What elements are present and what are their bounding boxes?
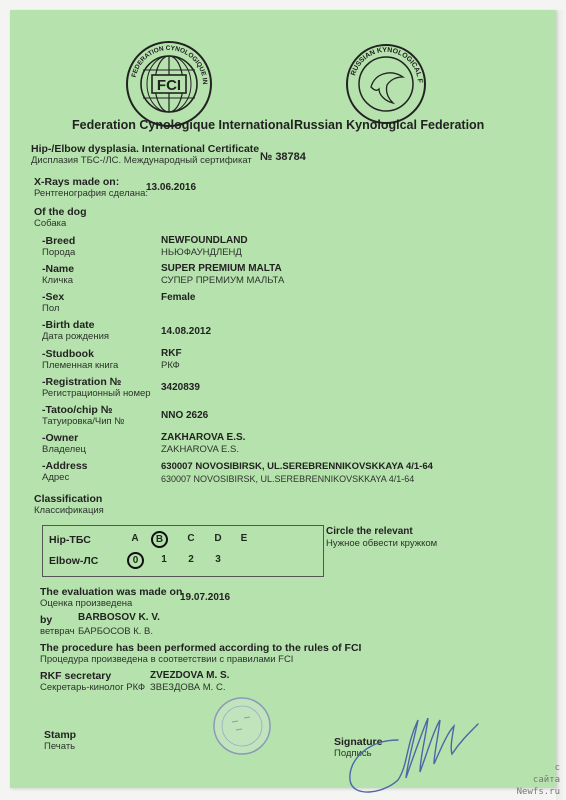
hip-grade-c: C — [183, 531, 199, 547]
field-label-en: -Sex — [42, 291, 64, 303]
certificate-title-ru: Дисплазия ТБС-/ЛС. Международный сертифи… — [31, 155, 252, 167]
watermark-line-1: с — [555, 762, 560, 774]
certificate-title-en: Hip-/Elbow dysplasia. International Cert… — [31, 143, 259, 155]
hip-grade-d: D — [210, 531, 226, 547]
field-label-en: -Birth date — [42, 319, 95, 331]
evaluation-label-ru: Оценка произведена — [40, 598, 132, 610]
field-value-ru: СУПЕР ПРЕМИУМ МАЛЬТА — [161, 275, 284, 287]
field-value-ru: ZAKHAROVA E.S. — [161, 444, 239, 456]
elbow-grade-3: 3 — [210, 552, 226, 568]
field-value-en: 14.08.2012 — [161, 326, 211, 338]
evaluation-label-en: The evaluation was made on — [40, 586, 182, 598]
org-name-rkf: Russian Kynological Federation — [294, 118, 484, 132]
field-value-en: 3420839 — [161, 382, 200, 394]
classification-label-ru: Классификация — [34, 505, 104, 517]
watermark-line-2: сайта — [533, 774, 560, 786]
xray-date: 13.06.2016 — [146, 182, 196, 194]
field-label-en: -Breed — [42, 235, 75, 247]
field-value-ru: 630007 NOVOSIBIRSK, UL.SEREBRENNIKOVSKKA… — [161, 473, 414, 485]
classification-box: Hip-ТБС A B C D E Elbow-ЛС 0 1 2 3 — [42, 525, 324, 577]
signature-scribble-icon — [328, 710, 498, 800]
procedure-text-ru: Процедура произведена в соответствии с п… — [40, 654, 293, 666]
secretary-name-ru: ЗВЕЗДОВА М. С. — [150, 682, 225, 694]
procedure-text-en: The procedure has been performed accordi… — [40, 642, 361, 654]
elbow-label: Elbow-ЛС — [49, 555, 98, 567]
certificate-number: № 38784 — [260, 151, 306, 163]
dog-section-label-en: Of the dog — [34, 206, 87, 218]
field-value-ru: РКФ — [161, 360, 180, 372]
field-value-en: Female — [161, 292, 195, 304]
hip-label: Hip-ТБС — [49, 534, 91, 546]
evaluation-date: 19.07.2016 — [180, 592, 230, 604]
fci-logo-icon: FCI FEDERATION CYNOLOGIQUE INTERNATIONAL… — [125, 40, 213, 128]
xray-label-en: X-Rays made on: — [34, 176, 119, 188]
field-label-en: -Owner — [42, 432, 78, 444]
circle-note-ru: Нужное обвести кружком — [326, 538, 437, 550]
vet-name-en: BARBOSOV K. V. — [78, 612, 160, 624]
hip-grade-b-circled: B — [151, 531, 168, 548]
hip-grade-a: A — [127, 531, 143, 547]
circle-note-en: Circle the relevant — [326, 526, 413, 538]
official-stamp-icon — [212, 696, 272, 756]
rkf-logo-icon: RUSSIAN KYNOLOGICAL FEDERATION — [345, 43, 427, 125]
xray-label-ru: Рентгенография сделана: — [34, 188, 148, 200]
org-name-fci: Federation Cynologique International — [72, 118, 294, 132]
field-label-en: -Name — [42, 263, 74, 275]
field-label-en: -Tatoo/chip № — [42, 404, 112, 416]
field-value-en: NNO 2626 — [161, 410, 208, 422]
field-value-en: ZAKHAROVA E.S. — [161, 432, 245, 444]
field-label-en: -Address — [42, 460, 88, 472]
vet-name-ru: БАРБОСОВ К. В. — [78, 626, 153, 638]
field-label-ru: Адрес — [42, 472, 69, 484]
field-value-en: RKF — [161, 348, 182, 360]
elbow-grade-1: 1 — [156, 552, 172, 568]
field-label-en: -Studbook — [42, 348, 94, 360]
by-label-ru: ветврач — [40, 626, 75, 638]
field-label-ru: Регистрационный номер — [42, 388, 151, 400]
svg-text:RUSSIAN KYNOLOGICAL FEDERATION: RUSSIAN KYNOLOGICAL FEDERATION — [345, 43, 423, 84]
secretary-label-ru: Секретарь-кинолог РКФ — [40, 682, 145, 694]
elbow-grade-0-circled: 0 — [127, 552, 144, 569]
elbow-grade-2: 2 — [183, 552, 199, 568]
certificate-sheet: FCI FEDERATION CYNOLOGIQUE INTERNATIONAL… — [10, 10, 556, 788]
field-label-ru: Кличка — [42, 275, 73, 287]
secretary-label-en: RKF secretary — [40, 670, 111, 682]
watermark-site: Newfs.ru — [517, 786, 560, 798]
field-value-en: 630007 NOVOSIBIRSK, UL.SEREBRENNIKOVSKKA… — [161, 461, 433, 473]
field-label-ru: Пол — [42, 303, 59, 315]
stamp-label-en: Stamp — [44, 729, 76, 741]
field-value-en: SUPER PREMIUM MALTA — [161, 263, 282, 275]
classification-label-en: Classification — [34, 493, 102, 505]
field-label-ru: Порода — [42, 247, 75, 259]
field-label-ru: Татуировка/Чип № — [42, 416, 124, 428]
svg-text:FCI: FCI — [157, 77, 181, 94]
field-value-ru: НЬЮФАУНДЛЕНД — [161, 247, 242, 259]
dog-section-label-ru: Собака — [34, 218, 66, 230]
secretary-name-en: ZVEZDOVA M. S. — [150, 670, 229, 682]
by-label-en: by — [40, 614, 52, 626]
field-label-ru: Владелец — [42, 444, 86, 456]
hip-grade-e: E — [236, 531, 252, 547]
field-label-en: -Registration № — [42, 376, 121, 388]
field-label-ru: Племенная книга — [42, 360, 118, 372]
page-edge-shadow — [556, 10, 566, 800]
field-label-ru: Дата рождения — [42, 331, 109, 343]
stamp-label-ru: Печать — [44, 741, 75, 753]
field-value-en: NEWFOUNDLAND — [161, 235, 248, 247]
